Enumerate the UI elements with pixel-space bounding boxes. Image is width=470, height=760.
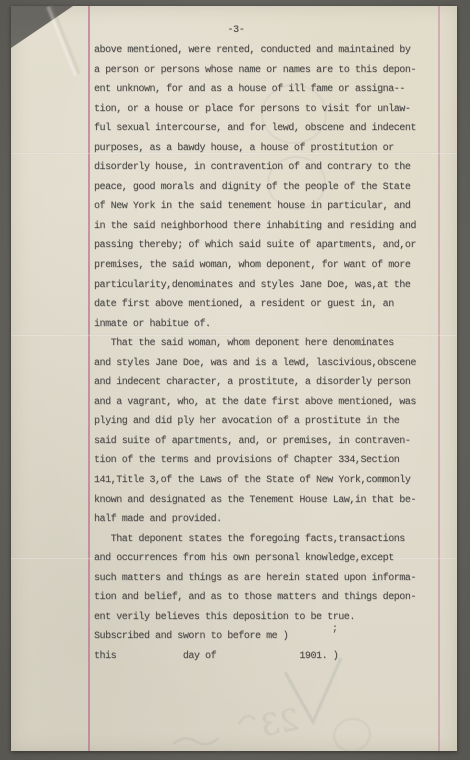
document-text: above mentioned, were rented, conducted … [94,41,454,667]
document-line: That deponent states the foregoing facts… [94,530,454,550]
document-line: and a vagrant, who, at the date first ab… [94,393,454,413]
document-line: such matters and things as are herein st… [94,569,454,589]
document-line: passing thereby; of which said suite of … [94,236,454,256]
document-line: and occurrences from his own personal kn… [94,549,454,569]
document-line: ent verily believes this deposition to b… [94,608,454,628]
document-line: and indecent character, a prostitute, a … [94,373,454,393]
document-line: a person or persons whose name or names … [94,61,454,81]
document-line: ent unknown, for and as a house of ill f… [94,80,454,100]
document-line: of New York in the said tenement house i… [94,197,454,217]
scan-background: -3- above mentioned, were rented, conduc… [0,0,470,760]
stray-semicolon-mark: ; [332,624,338,635]
document-line: tion, or a house or place for persons to… [94,100,454,120]
document-line: 141,Title 3,of the Laws of the State of … [94,471,454,491]
document-line: That the said woman, whom deponent here … [94,334,454,354]
document-line: date first above mentioned, a resident o… [94,295,454,315]
document-line: plying and did ply her avocation of a pr… [94,412,454,432]
document-line: particularity,denominates and styles Jan… [94,276,454,296]
bleedthrough-scribble [169,704,269,760]
corner-fold-crease [45,4,82,76]
document-line: tion of the terms and provisions of Chap… [94,451,454,471]
document-line: tion and belief, and as to those matters… [94,588,454,608]
document-line: in the said neighborhood there inhabitin… [94,217,454,237]
document-line: purposes, as a bawdy house, a house of p… [94,139,454,159]
document-line: ful sexual intercourse, and for lewd, ob… [94,119,454,139]
document-line: inmate or habitue of. [94,315,454,335]
document-line: Subscribed and sworn to before me ) [94,627,454,647]
document-line: above mentioned, were rented, conducted … [94,41,454,61]
document-line: half made and provided. [94,510,454,530]
document-line: premises, the said woman, whom deponent,… [94,256,454,276]
left-margin-rule [88,6,90,751]
document-line: said suite of apartments, and, or premis… [94,432,454,452]
bleedthrough-digits: 23 [258,702,303,744]
document-line: known and designated as the Tenement Hou… [94,491,454,511]
document-line: this day of 1901. ) [94,647,454,667]
bleedthrough-oval [330,714,374,755]
document-line: and styles Jane Doe, was and is a lewd, … [94,354,454,374]
document-line: disorderly house, in contravention of an… [94,158,454,178]
document-page: -3- above mentioned, were rented, conduc… [11,6,457,751]
document-line: peace, good morals and dignity of the pe… [94,178,454,198]
page-number: -3- [206,25,266,36]
